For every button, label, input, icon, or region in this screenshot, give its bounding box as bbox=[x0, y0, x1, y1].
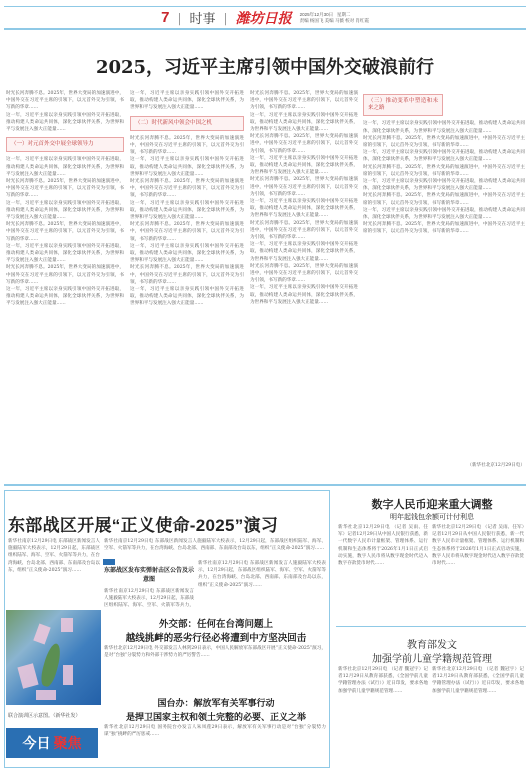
article-body: 这一年，习近平主席以亲身实践引领中国外交开拓进取，推动构建人类命运共同体，深化全… bbox=[363, 120, 525, 134]
mfa-headline-1: 外交部：任何在台湾问题上 bbox=[104, 616, 328, 630]
header-meta: 2025年12月30日 星期二 责编 杨国飞 美编 马薇 校对 肖红霞 bbox=[300, 12, 369, 24]
article-body: 这一年，习近平主席以亲身实践引领中国外交开拓进取，推动构建人类命运共同体，深化全… bbox=[363, 149, 525, 163]
article-body: 时光长河奔腾不息。2025年，世界大变局的加速演进中，中国外交在习近平主席的引领… bbox=[130, 135, 244, 157]
section-divider bbox=[4, 484, 526, 486]
divider: | bbox=[224, 11, 228, 25]
main-article-col-2: 这一年，习近平主席以亲身实践引领中国外交开拓进取，推动构建人类命运共同体，深化全… bbox=[130, 90, 244, 480]
article-body: 时光长河奔腾不息。2025年，世界大变局的加速演进中，中国外交在习近平主席的引领… bbox=[250, 220, 358, 242]
article-body: 时光长河奔腾不息。2025年，世界大变局的加速演进中，中国外交在习近平主席的引领… bbox=[130, 264, 244, 286]
military-body-2: 新华社南京12月29日电 东部战区新闻发言人施毅陆军大校表示，12月29日起，东… bbox=[104, 538, 326, 558]
divider: | bbox=[177, 11, 181, 25]
article-body: 这一年，习近平主席以亲身实践引领中国外交开拓进取，推动构建人类命运共同体，深化全… bbox=[250, 198, 358, 220]
article-intro: 时光长河奔腾不息。2025年，世界大变局的加速演进中，中国外交在习近平主席的引领… bbox=[6, 90, 124, 112]
article-body: 这一年，习近平主席以亲身实践引领中国外交开拓进取，推动构建人类命运共同体，深化全… bbox=[250, 112, 358, 134]
exercise-zone bbox=[61, 618, 73, 632]
coordinates-text: 新华社南京12月29日电 东部战区新闻发言人施毅陆军大校表示，12月29日起，东… bbox=[198, 560, 326, 610]
tao-headline-2: 是捍卫国家主权和领土完整的必要、正义之举 bbox=[104, 710, 328, 723]
article-body: 这一年，习近平主席以亲身实践引领中国外交开拓进取，推动构建人类命运共同体，深化全… bbox=[363, 207, 525, 221]
weekday: 星期二 bbox=[337, 12, 351, 17]
article-body: 这一年，习近平主席以亲身实践引领中国外交开拓进取，推动构建人类命运共同体，深化全… bbox=[130, 90, 244, 112]
article-body: 时光长河奔腾不息。2025年，世界大变局的加速演进中，中国外交在习近平主席的引领… bbox=[130, 221, 244, 243]
article-body: 时光长河奔腾不息。2025年，世界大变局的加速演进中，中国外交在习近平主席的引领… bbox=[6, 264, 124, 286]
ecny-body-2: 新华社北京12月29日电 （记者 吴雨、任军）记者12月29日从中国人民银行获悉… bbox=[432, 524, 524, 622]
article-body: 时光长河奔腾不息。2025年，世界大变局的加速演进中，中国外交在习近平主席的引领… bbox=[6, 178, 124, 200]
military-body: 新华社南京12月29日电 东部战区新闻发言人施毅陆军大校表示，12月29日起，东… bbox=[8, 538, 100, 608]
edu-headline: 教育部发文 bbox=[338, 636, 526, 651]
mfa-body: 新华社北京12月29日电 外交部发言人林剑29日表示，中国人民解放军东部战区开展… bbox=[104, 645, 326, 690]
page-header: 7 | 时事 | 潍坊日报 2025年12月30日 星期二 责编 杨国飞 美编 … bbox=[4, 6, 526, 30]
article-body: 时光长河奔腾不息。2025年，世界大变局的加速演进中，中国外交在习近平主席的引领… bbox=[363, 135, 525, 149]
article-body: 时光长河奔腾不息。2025年，世界大变局的加速演进中，中国外交在习近平主席的引领… bbox=[363, 221, 525, 235]
sidebar-headline: 东部战区发布实弹射击区公告及示意图 bbox=[104, 566, 194, 584]
ecny-subheadline: 明年起钱包余额可计付利息 bbox=[338, 512, 526, 522]
article-body: 时光长河奔腾不息。2025年，世界大变局的加速演进中，中国外交在习近平主席的引领… bbox=[130, 178, 244, 200]
article-body: 这一年，习近平主席以亲身实践引领中国外交开拓进取，推动构建人类命运共同体，深化全… bbox=[130, 200, 244, 222]
paper-logo: 潍坊日报 bbox=[236, 8, 292, 28]
exercise-zone bbox=[33, 623, 50, 644]
subhead-2: （二）时代新风中领会中国之机 bbox=[130, 116, 244, 131]
article-body: 这一年，习近平主席以亲身实践引领中国外交开拓进取，推动构建人类命运共同体，深化全… bbox=[250, 241, 358, 263]
main-article-col-4: （三）推动变革中塑造和未来之路 这一年，习近平主席以亲身实践引领中国外交开拓进取… bbox=[363, 90, 525, 460]
article-body: 时光长河奔腾不息。2025年，世界大变局的加速演进中，中国外交在习近平主席的引领… bbox=[250, 90, 358, 112]
main-article-col-3: 时光长河奔腾不息。2025年，世界大变局的加速演进中，中国外交在习近平主席的引领… bbox=[250, 90, 358, 480]
article-body: 时光长河奔腾不息。2025年，世界大变局的加速演进中，中国外交在习近平主席的引领… bbox=[250, 133, 358, 155]
main-article-col-1: 时光长河奔腾不息。2025年，世界大变局的加速演进中，中国外交在习近平主席的引领… bbox=[6, 90, 124, 480]
link-badge bbox=[103, 559, 115, 565]
subhead-1: （一）对元首外交中展全球领导力 bbox=[6, 137, 124, 152]
article-body: 时光长河奔腾不息。2025年，世界大变局的加速演进中，中国外交在习近平主席的引领… bbox=[250, 176, 358, 198]
article-body: 这一年，习近平主席以亲身实践引领中国外交开拓进取，推动构建人类命运共同体，深化全… bbox=[6, 243, 124, 265]
article-body: 时光长河奔腾不息。2025年，世界大变局的加速演进中，中国外交在习近平主席的引领… bbox=[250, 263, 358, 285]
section-divider bbox=[336, 626, 526, 627]
exercise-zone bbox=[17, 663, 38, 688]
map-caption: 联合演训区示意图。（新华社发） bbox=[8, 712, 81, 719]
article-body: 这一年，习近平主席以亲身实践引领中国外交开拓进取，推动构建人类命运共同体，深化全… bbox=[250, 155, 358, 177]
edu-subheadline: 加强学前儿童学籍规范管理 bbox=[338, 650, 526, 665]
exercise-zone bbox=[63, 665, 73, 685]
editors: 责编 杨国飞 美编 马薇 校对 肖红霞 bbox=[300, 18, 369, 24]
article-body: 这一年，习近平主席以亲身实践引领中国外交开拓进取，推动构建人类命运共同体，深化全… bbox=[250, 284, 358, 306]
tao-headline-1: 国台办：解放军有关军事行动 bbox=[104, 696, 328, 709]
article-body: 这一年，习近平主席以亲身实践引领中国外交开拓进取，推动构建人类命运共同体，深化全… bbox=[6, 112, 124, 134]
article-body: 时光长河奔腾不息。2025年，世界大变局的加速演进中，中国外交在习近平主席的引领… bbox=[363, 192, 525, 206]
article-body: 这一年，习近平主席以亲身实践引领中国外交开拓进取，推动构建人类命运共同体，深化全… bbox=[130, 286, 244, 308]
article-body: 这一年，习近平主席以亲身实践引领中国外交开拓进取，推动构建人类命运共同体，深化全… bbox=[6, 286, 124, 308]
edu-body-1: 新华社北京12月29日电 （记者 魏冠宇）记者12月29日从教育部获悉，《全国学… bbox=[338, 666, 428, 766]
mfa-headline-2: 越线挑衅的恶劣行径必将遭到中方坚决回击 bbox=[104, 630, 328, 644]
exercise-zone bbox=[36, 690, 56, 700]
section-name: 时事 bbox=[190, 8, 216, 27]
exercise-map bbox=[6, 610, 101, 705]
page-number: 7 bbox=[161, 9, 169, 26]
article-body: 时光长河奔腾不息。2025年，世界大变局的加速演进中，中国外交在习近平主席的引领… bbox=[6, 221, 124, 243]
ecny-headline: 数字人民币迎来重大调整 bbox=[338, 496, 526, 512]
logo-text: 今日 bbox=[23, 733, 51, 753]
jinri-juejiao-logo: 今日 聚焦 bbox=[6, 728, 98, 758]
article-body: 这一年，习近平主席以亲身实践引领中国外交开拓进取，推动构建人类命运共同体，深化全… bbox=[130, 243, 244, 265]
tao-body: 新华社北京12月29日电 国务院台办发言人朱凤莲29日表示，解放军有关军事行动是… bbox=[104, 724, 326, 764]
logo-text: 聚焦 bbox=[54, 733, 82, 753]
sidebar-body: 新华社南京12月29日电 东部战区新闻发言人施毅陆军大校表示，12月29日起，东… bbox=[104, 588, 194, 610]
date: 2025年12月30日 bbox=[300, 12, 334, 17]
edu-body-2: 新华社北京12月29日电 （记者 魏冠宇）记者12月29日从教育部获悉，《全国学… bbox=[432, 666, 524, 766]
article-body: 这一年，习近平主席以亲身实践引领中国外交开拓进取，推动构建人类命运共同体，深化全… bbox=[130, 156, 244, 178]
ecny-body-1: 新华社北京12月29日电 （记者 吴雨、任军）记者12月29日从中国人民银行获悉… bbox=[338, 524, 428, 622]
article-body: 这一年，习近平主席以亲身实践引领中国外交开拓进取，推动构建人类命运共同体，深化全… bbox=[6, 156, 124, 178]
subhead-3: （三）推动变革中塑造和未来之路 bbox=[363, 94, 443, 116]
military-headline: 东部战区开展“正义使命-2025”演习 bbox=[8, 511, 278, 536]
main-headline: 2025，习近平主席引领中国外交破浪前行 bbox=[0, 53, 530, 79]
article-body: 这一年，习近平主席以亲身实践引领中国外交开拓进取，推动构建人类命运共同体，深化全… bbox=[6, 200, 124, 222]
article-body: 时光长河奔腾不息。2025年，世界大变局的加速演进中，中国外交在习近平主席的引领… bbox=[363, 164, 525, 178]
article-body: 这一年，习近平主席以亲身实践引领中国外交开拓进取，推动构建人类命运共同体，深化全… bbox=[363, 178, 525, 192]
main-byline: （新华社北京12月29日电） bbox=[440, 462, 525, 472]
taiwan-island-shape bbox=[39, 642, 64, 688]
